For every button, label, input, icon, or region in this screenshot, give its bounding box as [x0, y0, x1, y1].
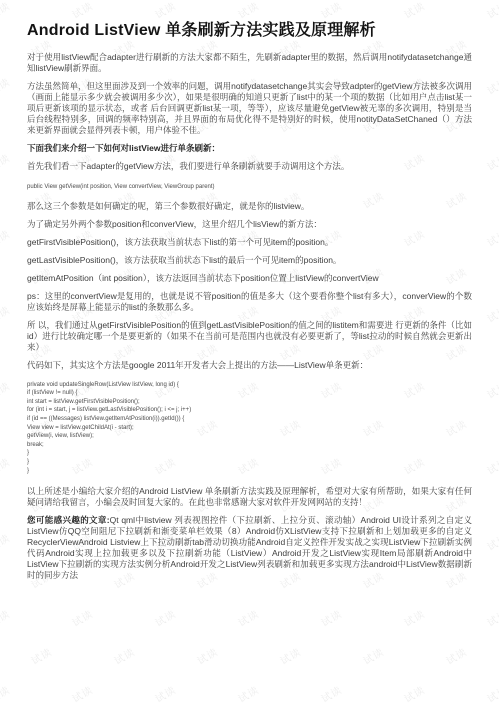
watermark-text: 试读	[69, 682, 96, 706]
watermark-text: 试读	[360, 644, 387, 668]
watermark-text: 试读	[28, 644, 55, 668]
watermark-text: 试读	[194, 644, 221, 668]
related-articles: 您可能感兴趣的文章:Qt qml中listview 列表视图控件（下拉刷新、上拉…	[27, 515, 472, 581]
paragraph-ps-note: ps：这里的convertView是复用的，也就是说不管position的值是多…	[27, 291, 472, 313]
paragraph-method-getlastvisibleposition: getLastVisiblePosition()，该方法获取当前状态下list的…	[27, 255, 472, 266]
watermark-text: 试读	[318, 606, 345, 630]
paragraph-code-intro: 代码如下，其实这个方法是google 2011年开发者大会上提出的方法——Lis…	[27, 360, 472, 371]
watermark-text: 试读	[401, 682, 428, 706]
article-content: Android ListView 单条刷新方法实践及原理解析 对于使用listV…	[0, 0, 499, 581]
watermark-text: 试读	[235, 606, 262, 630]
watermark-text: 试读	[277, 644, 304, 668]
paragraph-first-look: 首先我们看一下adapter的getView方法，我们要进行单条刷新就要手动调用…	[27, 161, 472, 172]
watermark-text: 试读	[235, 682, 262, 706]
watermark-text: 试读	[401, 606, 428, 630]
watermark-text: 试读	[443, 644, 470, 668]
watermark-text: 试读	[0, 606, 12, 630]
paragraph-intro-1: 对于使用listView配合adapter进行刷新的方法大家都不陌生，先刷新ad…	[27, 52, 472, 74]
paragraph-params: 那么这三个参数是如何确定的呢，第三个参数很好确定，就是你的listview。	[27, 201, 472, 212]
watermark-text: 试读	[484, 682, 499, 706]
paragraph-method-getfirstvisibleposition: getFirstVisiblePosition()，该方法获取当前状态下list…	[27, 237, 472, 248]
watermark-text: 试读	[318, 682, 345, 706]
section-heading: 下面我们来介绍一下如何对listView进行单条刷新：	[27, 143, 472, 154]
paragraph-summary: 以上所述是小编给大家介绍的Android ListView 单条刷新方法实践及原…	[27, 486, 472, 508]
watermark-text: 试读	[152, 606, 179, 630]
related-articles-lead: 您可能感兴趣的文章:	[27, 515, 110, 525]
paragraph-two-params: 为了确定另外两个参数position和converView，这里介绍几个lisV…	[27, 219, 472, 230]
article-title: Android ListView 单条刷新方法实践及原理解析	[27, 21, 472, 41]
watermark-text: 试读	[69, 606, 96, 630]
watermark-text: 试读	[0, 682, 12, 706]
code-update-single-row: private void updateSingleRow(ListView li…	[27, 381, 472, 476]
paragraph-method-getitematposition: getItemAtPosition（int position），该方法返回当前状…	[27, 273, 472, 284]
code-getview-signature: public View getView(int position, View c…	[27, 183, 472, 192]
paragraph-compare-logic: 所 以，我们通过从getFirstVisiblePosition的值到getLa…	[27, 320, 472, 353]
watermark-text: 试读	[152, 682, 179, 706]
paragraph-intro-2: 方法虽然简单，但这里面涉及到一个效率的问题，调用notifydatasetcha…	[27, 81, 472, 136]
article-page: 试读试读试读试读试读试读试读试读试读试读试读试读试读试读试读试读试读试读试读试读…	[0, 0, 499, 706]
watermark-text: 试读	[111, 644, 138, 668]
watermark-text: 试读	[484, 606, 499, 630]
